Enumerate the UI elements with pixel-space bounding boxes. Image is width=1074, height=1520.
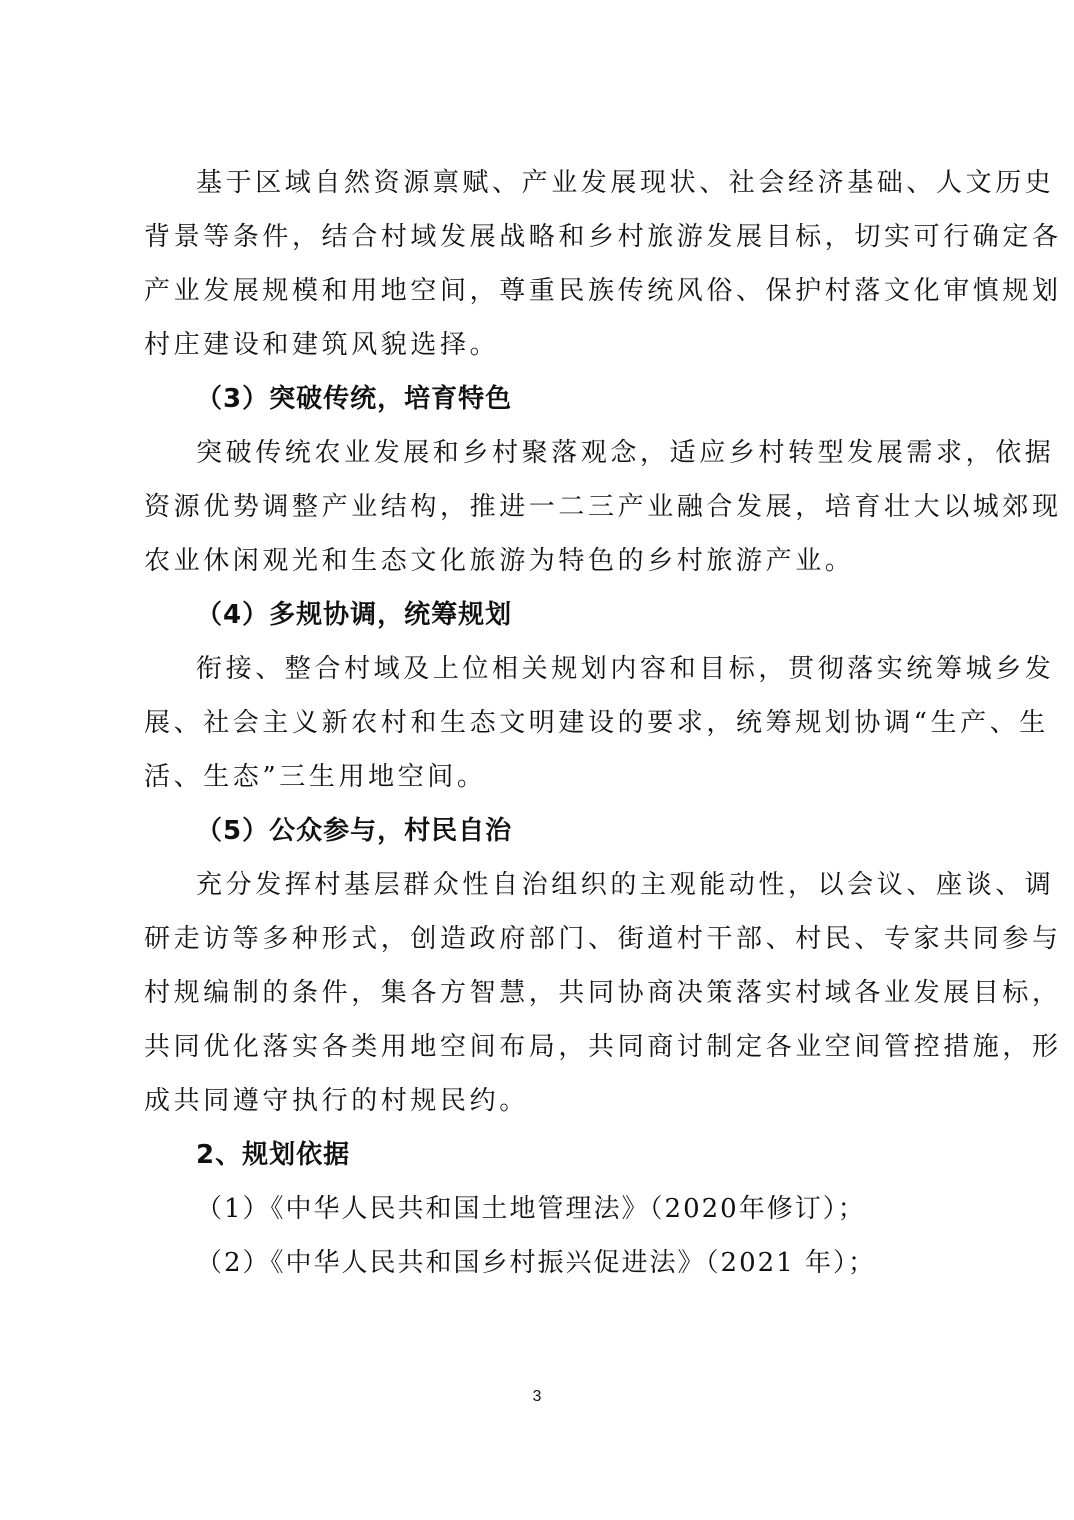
section-heading: （4）多规协调，统筹规划 xyxy=(196,600,986,630)
paragraph-line: 展、社会主义新农村和生态文明建设的要求，统筹规划协调“生产、生 xyxy=(144,708,934,738)
paragraph-line: 成共同遵守执行的村规民约。 xyxy=(144,1086,934,1116)
document-page: 基于区域自然资源禀赋、产业发展现状、社会经济基础、人文历史 背景等条件，结合村域… xyxy=(0,0,1074,1520)
paragraph-line: 突破传统农业发展和乡村聚落观念，适应乡村转型发展需求，依据 xyxy=(196,438,986,468)
paragraph-line: 基于区域自然资源禀赋、产业发展现状、社会经济基础、人文历史 xyxy=(196,168,986,198)
paragraph-line: 产业发展规模和用地空间，尊重民族传统风俗、保护村落文化审慎规划 xyxy=(144,276,934,306)
paragraph-line: 研走访等多种形式，创造政府部门、街道村干部、村民、专家共同参与 xyxy=(144,924,934,954)
paragraph-line: 村庄建设和建筑风貌选择。 xyxy=(144,330,934,360)
paragraph-line: 村规编制的条件，集各方智慧，共同协商决策落实村域各业发展目标， xyxy=(144,978,934,1008)
basis-item: （1）《中华人民共和国土地管理法》（2020年修订）； xyxy=(196,1194,986,1224)
paragraph-line: 衔接、整合村域及上位相关规划内容和目标，贯彻落实统筹城乡发 xyxy=(196,654,986,684)
paragraph-line: 背景等条件，结合村域发展战略和乡村旅游发展目标，切实可行确定各 xyxy=(144,222,934,252)
page-number: 3 xyxy=(0,1388,1074,1406)
basis-item: （2）《中华人民共和国乡村振兴促进法》（2021 年）； xyxy=(196,1248,986,1278)
section-heading: （3）突破传统，培育特色 xyxy=(196,384,986,414)
paragraph-line: 资源优势调整产业结构，推进一二三产业融合发展，培育壮大以城郊现 xyxy=(144,492,934,522)
section-heading: （5）公众参与，村民自治 xyxy=(196,816,986,846)
paragraph-line: 充分发挥村基层群众性自治组织的主观能动性，以会议、座谈、调 xyxy=(196,870,986,900)
basis-heading: 2、规划依据 xyxy=(196,1140,986,1170)
paragraph-line: 共同优化落实各类用地空间布局，共同商讨制定各业空间管控措施，形 xyxy=(144,1032,934,1062)
paragraph-line: 农业休闲观光和生态文化旅游为特色的乡村旅游产业。 xyxy=(144,546,934,576)
paragraph-line: 活、生态”三生用地空间。 xyxy=(144,762,934,792)
